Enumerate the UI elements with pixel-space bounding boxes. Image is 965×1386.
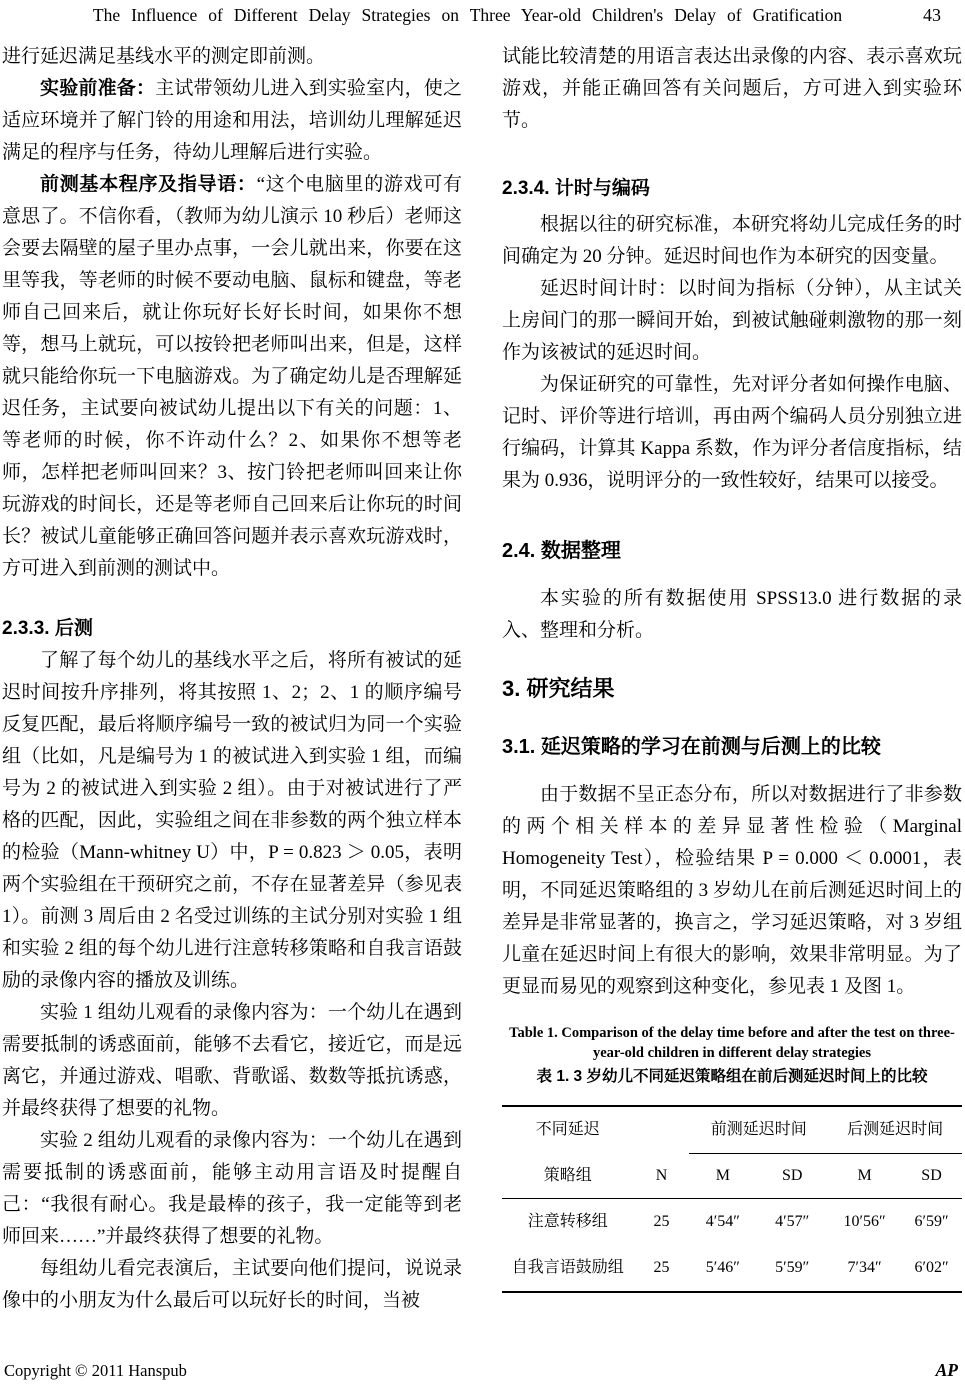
paragraph-spss: 本实验的所有数据使用 SPSS13.0 进行数据的录入、整理和分析。 [502,583,962,647]
header-cell-group-line2: 策略组 [502,1154,634,1199]
table-row-self-verbal-encouragement: 自我言语鼓励组 25 5′46″ 5′59″ 7′34″ 6′02″ [502,1245,962,1292]
section-heading-2-4-data-processing: 2.4. 数据整理 [502,535,962,567]
left-column: 进行延迟满足基线水平的测定即前测。 实验前准备：主试带领幼儿进入到实验室内，使之… [2,41,462,1317]
paragraph-lead-experiment-prep: 实验前准备： [40,78,155,99]
cell-post-sd: 6′02″ [901,1245,962,1292]
paper-page: The Influence of Different Delay Strateg… [0,0,965,1386]
cell-pre-m: 5′46″ [689,1245,756,1292]
section-heading-3-results: 3. 研究结果 [502,671,962,707]
paragraph-experiment-prep: 实验前准备：主试带领幼儿进入到实验室内，使之适应环境并了解门铃的用途和用法，培训… [2,73,462,169]
cell-post-m: 7′34″ [828,1245,901,1292]
section-heading-2-3-4-timing-coding: 2.3.4. 计时与编码 [502,173,962,205]
header-cell-n: N [634,1154,690,1199]
running-head-title: The Influence of Different Delay Strateg… [55,5,880,26]
cell-n: 25 [634,1199,690,1246]
table-1-block: Table 1. Comparison of the delay time be… [502,1023,962,1293]
header-cell-pre-m: M [689,1154,756,1199]
paragraph-delay-timing: 延迟时间计时：以时间为指标（分钟），从主试关上房间门的那一瞬间开始，到被试触碰刺… [502,273,962,369]
journal-mark: AP [936,1360,958,1381]
header-cell-post-m: M [828,1154,901,1199]
section-heading-2-3-3-posttest: 2.3.3. 后测 [2,613,462,645]
right-column: 试能比较清楚的用语言表达出录像的内容、表示喜欢玩游戏，并能正确回答有关问题后，方… [502,41,962,1317]
paragraph-marginal-homogeneity: 由于数据不呈正态分布，所以对数据进行了非参数的两个相关样本的差异显著性检验（Ma… [502,779,962,1003]
header-cell-pre-sd: SD [756,1154,828,1199]
cell-group: 注意转移组 [502,1199,634,1246]
cell-group: 自我言语鼓励组 [502,1245,634,1292]
cell-n: 25 [634,1245,690,1292]
paragraph-pretest-procedure: 前测基本程序及指导语：“这个电脑里的游戏可有意思了。不信你看，（教师为幼儿演示 … [2,169,462,585]
paragraph-reliability-kappa: 为保证研究的可靠性，先对评分者如何操作电脑、记时、评价等进行培训，再由两个编码人… [502,369,962,497]
header-cell-n-spacer [634,1106,690,1154]
copyright-notice: Copyright © 2011 Hanspub [4,1361,187,1381]
cell-post-sd: 6′59″ [901,1199,962,1246]
paragraph-posttest-matching: 了解了每个幼儿的基线水平之后，将所有被试的延迟时间按升序排列，将其按照 1、2；… [2,645,462,997]
table-caption-english: Table 1. Comparison of the delay time be… [506,1023,958,1063]
cell-pre-sd: 5′59″ [756,1245,828,1292]
paragraph-lead-pretest-procedure: 前测基本程序及指导语： [40,174,257,195]
header-cell-posttest: 后测延迟时间 [828,1106,962,1154]
cell-post-m: 10′56″ [828,1199,901,1246]
table-1: 不同延迟 前测延迟时间 后测延迟时间 策略组 N M SD M SD [502,1105,962,1293]
paragraph-timing-standard: 根据以往的研究标准，本研究将幼儿完成任务的时间确定为 20 分钟。延迟时间也作为… [502,209,962,273]
paragraph-after-video-questions: 每组幼儿看完表演后，主试要向他们提问，说说录像中的小朋友为什么最后可以玩好长的时… [2,1253,462,1317]
table-row-attention-shift: 注意转移组 25 4′54″ 4′57″ 10′56″ 6′59″ [502,1199,962,1246]
paragraph-pretest-continuation: 进行延迟满足基线水平的测定即前测。 [2,41,462,73]
cell-pre-sd: 4′57″ [756,1199,828,1246]
table-header-row-stats: 策略组 N M SD M SD [502,1154,962,1199]
two-column-body: 进行延迟满足基线水平的测定即前测。 实验前准备：主试带领幼儿进入到实验室内，使之… [2,41,962,1317]
paragraph-questions-continuation: 试能比较清楚的用语言表达出录像的内容、表示喜欢玩游戏，并能正确回答有关问题后，方… [502,41,962,137]
header-cell-post-sd: SD [901,1154,962,1199]
cell-pre-m: 4′54″ [689,1199,756,1246]
header-cell-group-line1: 不同延迟 [502,1106,634,1154]
section-heading-3-1-comparison: 3.1. 延迟策略的学习在前测与后测上的比较 [502,731,962,763]
table-caption-chinese: 表 1. 3 岁幼儿不同延迟策略组在前后测延迟时间上的比较 [502,1066,962,1088]
page-number: 43 [923,5,941,26]
paragraph-group1-video: 实验 1 组幼儿观看的录像内容为：一个幼儿在遇到需要抵制的诱惑面前，能够不去看它… [2,997,462,1125]
paragraph-group2-video: 实验 2 组幼儿观看的录像内容为：一个幼儿在遇到需要抵制的诱惑面前，能够主动用言… [2,1125,462,1253]
table-header-row-groups: 不同延迟 前测延迟时间 后测延迟时间 [502,1106,962,1154]
header-cell-pretest: 前测延迟时间 [689,1106,828,1154]
paragraph-text-pretest-procedure: “这个电脑里的游戏可有意思了。不信你看，（教师为幼儿演示 10 秒后）老师这会要… [2,174,462,579]
